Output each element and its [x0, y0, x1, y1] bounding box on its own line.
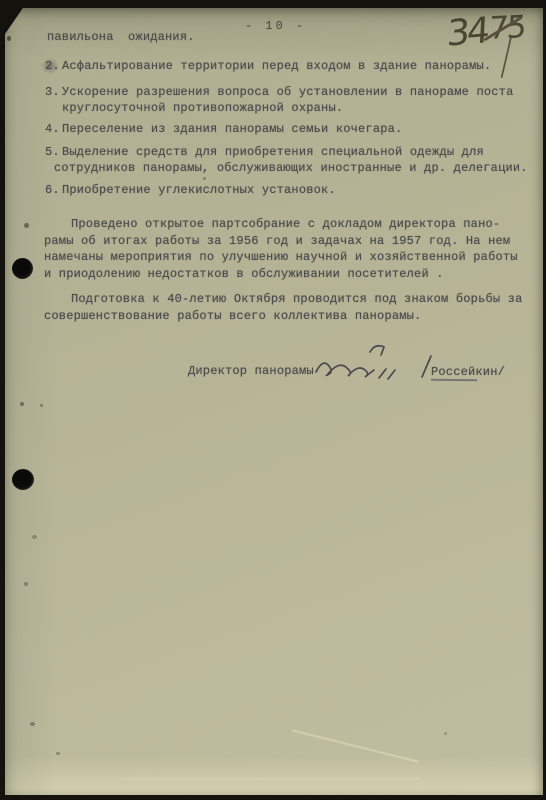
paper-speck: [32, 535, 37, 539]
list-item-text: Приобретение углекислотных установок.: [62, 183, 336, 197]
paper-speck: [40, 404, 43, 407]
paper-speck: [56, 752, 60, 755]
typed-line: и приодолению недостатков в обслуживании…: [44, 267, 534, 284]
paper-speck: [444, 732, 447, 735]
list-item-text: Ускорение разрешения вопроса об установл…: [62, 85, 513, 99]
list-item-number: 6.: [45, 183, 62, 197]
list-item-2: 2.Асфальтирование территории перед входо…: [45, 59, 491, 73]
ink-smudge: [41, 57, 59, 75]
punch-hole: [12, 469, 34, 490]
typed-line: Проведено открытое партсобрание с доклад…: [44, 217, 534, 234]
paragraph-1: Проведено открытое партсобрание с доклад…: [44, 217, 534, 283]
list-item-number: 3.: [45, 85, 62, 99]
continuation-line: павильона ожидания.: [47, 30, 195, 44]
typed-line: рамы об итогах работы за 1956 год и зада…: [44, 234, 534, 251]
typed-line: совершенствование работы всего коллектив…: [44, 309, 534, 326]
list-item-text: Переселение из здания панорамы семьи коч…: [62, 122, 402, 136]
paper-crease: [120, 778, 420, 780]
list-item-number: 5.: [45, 145, 62, 159]
scanned-document-page: - 10 - 34 75 павильона ожидания. 2.Асфал…: [0, 0, 546, 800]
signature-name: Россейкин/: [431, 365, 505, 379]
handwritten-number-current: 34: [446, 10, 488, 54]
list-item-text: Выделение средств для приобретения специ…: [62, 145, 484, 159]
paper-speck: [20, 402, 24, 406]
signature-scribble: [310, 342, 442, 386]
list-item-text: Асфальтирование территории перед входом …: [62, 59, 491, 73]
paper-speck: [203, 177, 206, 180]
list-item-6: 6.Приобретение углекислотных установок.: [45, 183, 336, 197]
signature-role: Директор панорамы: [188, 364, 314, 378]
list-item-3-continuation: круглосуточной противопожарной охраны.: [62, 101, 343, 115]
typed-line: Подготовка к 40-летию Октября проводится…: [44, 292, 534, 309]
list-item-4: 4.Переселение из здания панорамы семьи к…: [45, 122, 402, 136]
list-item-number: 4.: [45, 122, 62, 136]
paragraph-2: Подготовка к 40-летию Октября проводится…: [44, 292, 534, 325]
paper-speck: [7, 36, 11, 41]
punch-hole: [12, 258, 33, 279]
paper-speck: [24, 223, 29, 228]
paper-speck: [30, 722, 35, 726]
list-item-5: 5.Выделение средств для приобретения спе…: [45, 145, 484, 159]
list-item-5-continuation: сотрудников панорамы, обслуживающих инос…: [54, 161, 528, 175]
typed-line: намечаны мероприятия по улучшению научно…: [44, 250, 534, 267]
page-number: - 10 -: [245, 19, 306, 33]
handwritten-number-crossed-out: 75: [488, 9, 525, 47]
paper-speck: [24, 582, 28, 586]
list-item-3: 3.Ускорение разрешения вопроса об устано…: [45, 85, 513, 99]
